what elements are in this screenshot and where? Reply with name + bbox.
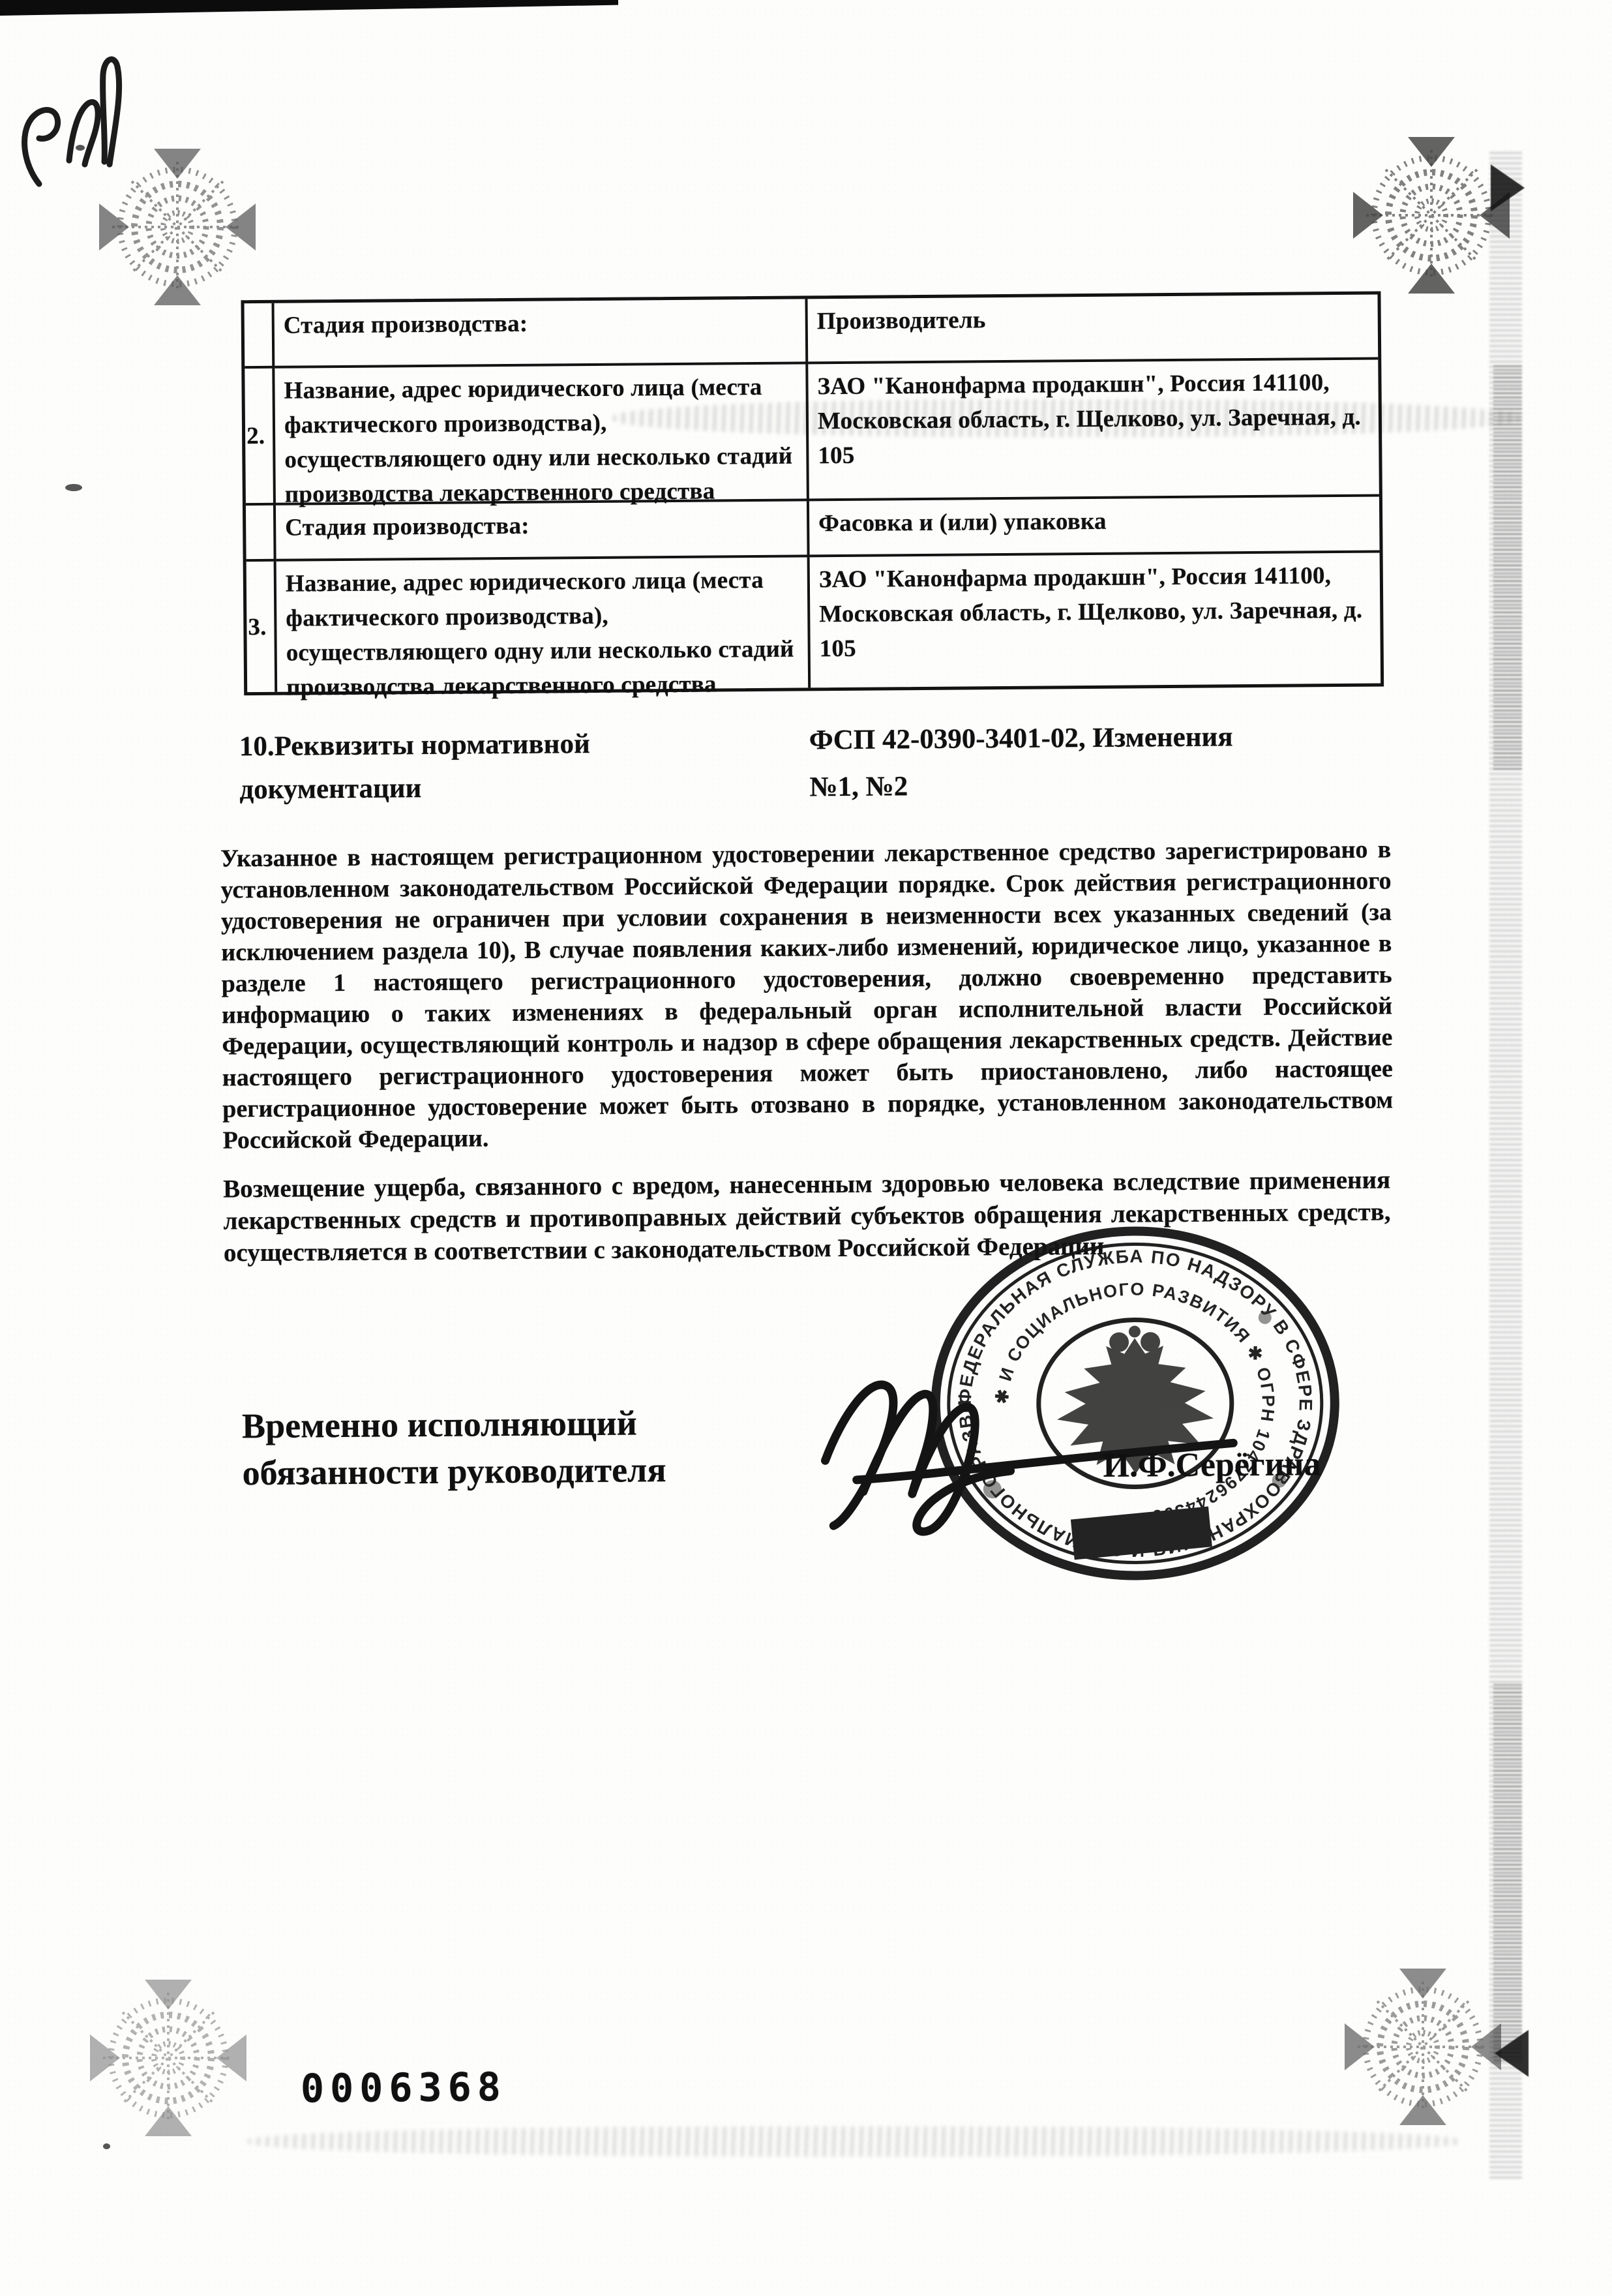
table-cell-value: ЗАО "Канонфарма продакшн", Россия 141100… [810,552,1381,687]
table-cell-value: Производитель [807,295,1378,365]
section-10-heading: 10.Реквизиты нормативной документации [239,722,644,811]
signer-position-title: Временно исполняющий обязанности руковод… [242,1398,725,1496]
table-row-number [246,506,276,562]
signer-name: И.Ф.Серёгина [1103,1445,1321,1485]
signature-stroke [810,1315,1242,1540]
document-page: Стадия производства: Производитель 2. На… [0,0,1612,2296]
registration-terms-paragraph: Указанное в настоящем регистрационном уд… [220,834,1394,1156]
table-cell-label: Стадия производства: [276,501,810,561]
section-10-value: ФСП 42-0390-3401-02, Изменения №1, №2 [809,714,1266,811]
table-cell-value: Фасовка и (или) упаковка [809,496,1380,557]
table-cell-label: Название, адрес юридического лица (места… [275,364,809,505]
table-row-number: 3. [246,562,278,692]
table-row-number [245,303,275,369]
form-serial-number: 0006368 [301,2064,507,2111]
table-cell-label: Стадия производства: [275,299,809,368]
table-row-number: 2. [245,369,276,506]
production-table: Стадия производства: Производитель 2. На… [241,291,1384,695]
table-cell-label: Название, адрес юридического лица (места… [276,557,811,691]
table-cell-value: ЗАО "Канонфарма продакшн", Россия 141100… [808,360,1379,502]
